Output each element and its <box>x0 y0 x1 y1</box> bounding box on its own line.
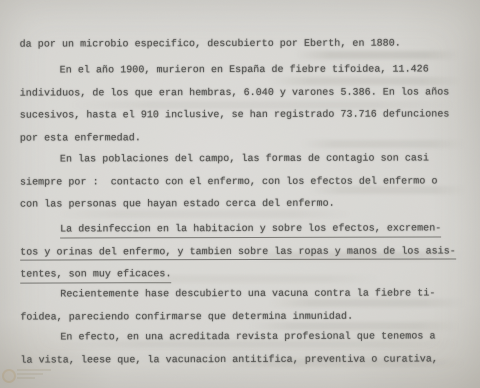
text-line: da por un microbio especifico, descubier… <box>20 39 401 51</box>
text-line: foidea, pareciendo confirmarse que deter… <box>20 311 353 323</box>
text-line: En las poblaciones del campo, las formas… <box>60 154 429 166</box>
text-line: con las personas que hayan estado cerca … <box>20 199 335 211</box>
scanned-page: da por un microbio especifico, descubier… <box>0 0 480 388</box>
typed-text-block: da por un microbio especifico, descubier… <box>19 0 466 388</box>
text-line: tos y orinas del enfermo, y tambien sobr… <box>20 246 456 261</box>
text-line: Recientemente hase descubierto una vacun… <box>60 288 435 300</box>
text-line: individuos, de los que eran hembras, 6.0… <box>20 87 450 99</box>
text-line: la vista, leese que, la vacunacion antit… <box>20 354 438 366</box>
paragraph: Recientemente hase descubierto una vacun… <box>20 283 466 329</box>
text-line: En el año 1900, murieron en España de fi… <box>60 65 429 77</box>
paragraph: da por un microbio especifico, descubier… <box>20 33 466 57</box>
text-line: tentes, son muy eficaces. <box>20 269 171 283</box>
text-line: En efecto, en una acreditada revista pro… <box>60 331 435 343</box>
paragraph: En el año 1900, murieron en España de fi… <box>20 59 466 150</box>
paragraph-underlined: La desinfeccion en la habitacion y sobre… <box>20 218 466 287</box>
stamp-ring-icon <box>2 369 16 383</box>
text-line: por esta enfermedad. <box>20 133 141 144</box>
paragraph: En las poblaciones del campo, las formas… <box>20 148 466 217</box>
text-line: La desinfeccion en la habitacion y sobre… <box>60 223 441 237</box>
paragraph: En efecto, en una acreditada revista pro… <box>20 326 466 372</box>
text-line: siempre por : contacto con el enfermo, c… <box>20 176 438 188</box>
text-line: sucesivos, hasta el 910 inclusive, se ha… <box>20 109 450 121</box>
